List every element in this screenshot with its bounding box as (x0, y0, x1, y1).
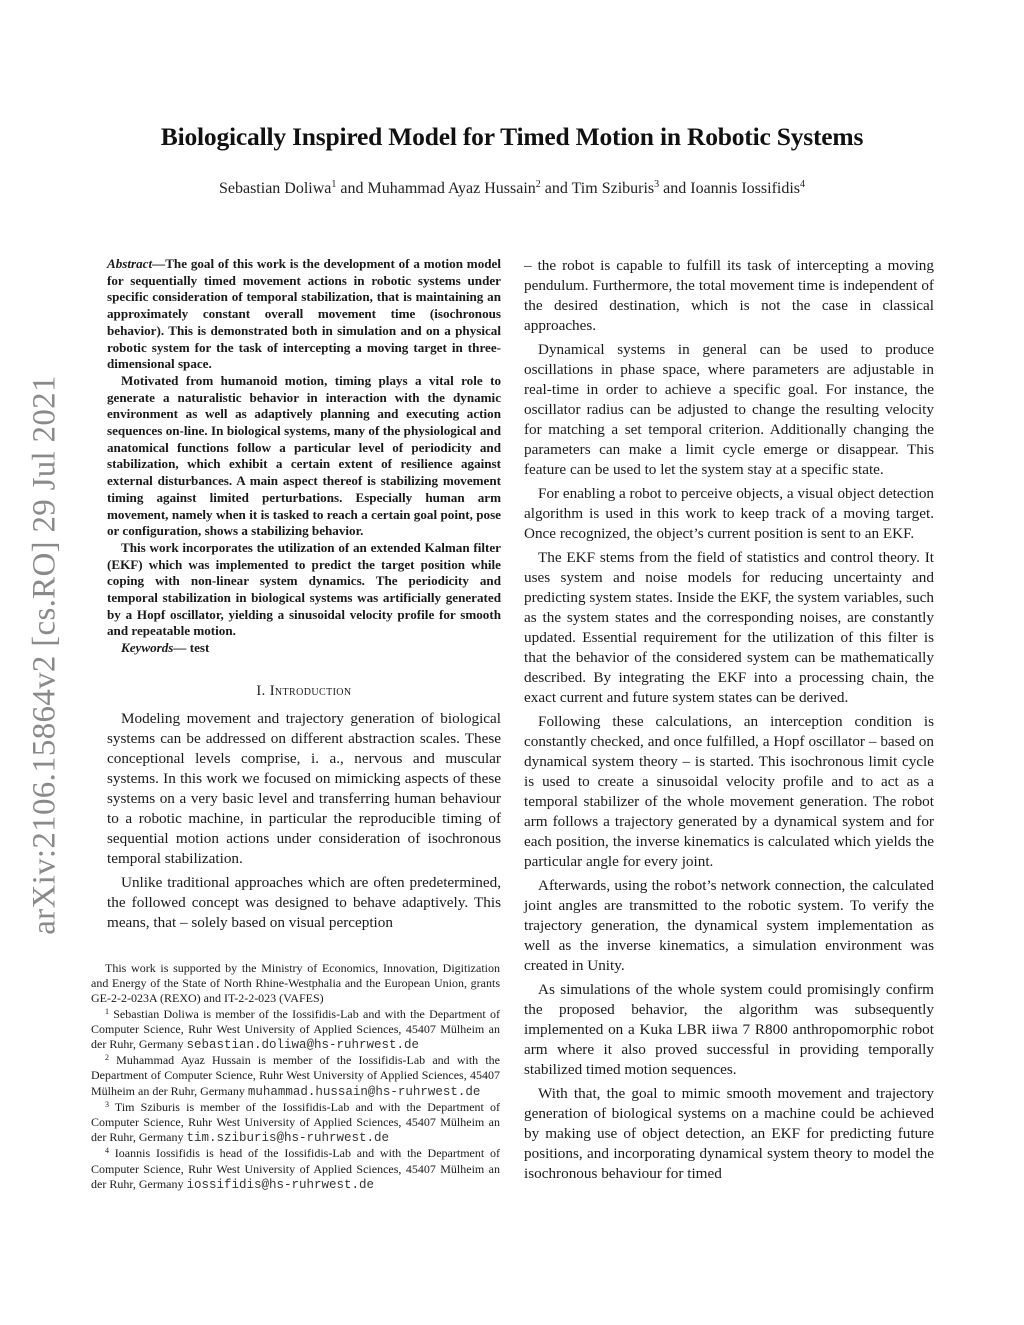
body-paragraph-continuation: – the robot is capable to fulfill its ta… (524, 256, 934, 336)
body-paragraph: For enabling a robot to perceive objects… (524, 484, 934, 544)
keywords-label: Keywords— (121, 640, 186, 655)
author-separator: and (659, 180, 690, 197)
abstract-label: Abstract— (107, 256, 165, 271)
email-link[interactable]: sebastian.doliwa@hs-ruhrwest.de (187, 1038, 420, 1052)
abstract-paragraph: This work incorporates the utilization o… (107, 540, 501, 640)
footnote: 3 Tim Sziburis is member of the Iossifid… (91, 1100, 500, 1147)
abstract-paragraph: Abstract—The goal of this work is the de… (107, 256, 501, 373)
introduction-body-left: Modeling movement and trajectory generat… (107, 709, 501, 933)
arxiv-identifier-stamp: arXiv:2106.15864v2 [cs.RO] 29 Jul 2021 (27, 375, 64, 935)
author-separator: and (541, 180, 572, 197)
abstract: Abstract—The goal of this work is the de… (107, 256, 501, 657)
section-heading-introduction: I. Introduction (107, 683, 501, 700)
funding-footnote: This work is supported by the Ministry o… (91, 961, 500, 1007)
right-column: – the robot is capable to fulfill its ta… (524, 256, 934, 1188)
email-link[interactable]: muhammad.hussain@hs-ruhrwest.de (248, 1085, 481, 1099)
body-paragraph: With that, the goal to mimic smooth move… (524, 1084, 934, 1184)
author-name: Sebastian Doliwa (219, 180, 331, 197)
keywords: Keywords— test (107, 640, 501, 657)
author-list: Sebastian Doliwa1 and Muhammad Ayaz Huss… (0, 180, 1024, 198)
abstract-text: The goal of this work is the development… (107, 256, 501, 371)
introduction-body-right: – the robot is capable to fulfill its ta… (524, 256, 934, 1184)
body-paragraph: The EKF stems from the field of statisti… (524, 548, 934, 708)
author-name: Ioannis Iossifidis (690, 180, 800, 197)
left-column: Abstract—The goal of this work is the de… (107, 256, 501, 937)
footnote: 2 Muhammad Ayaz Hussain is member of the… (91, 1053, 500, 1100)
keywords-text: test (186, 640, 209, 655)
footnote: 4 Ioannis Iossifidis is head of the Ioss… (91, 1146, 500, 1193)
section-title: Introduction (270, 683, 352, 699)
footnote: 1 Sebastian Doliwa is member of the Ioss… (91, 1007, 500, 1054)
email-link[interactable]: tim.sziburis@hs-ruhrwest.de (187, 1131, 390, 1145)
body-paragraph: Afterwards, using the robot’s network co… (524, 876, 934, 976)
author-affiliation-mark: 4 (800, 179, 805, 190)
email-link[interactable]: iossifidis@hs-ruhrwest.de (187, 1178, 375, 1192)
section-number: I. (256, 683, 269, 699)
footnotes: This work is supported by the Ministry o… (91, 961, 500, 1193)
author-name: Muhammad Ayaz Hussain (368, 180, 536, 197)
body-paragraph: Unlike traditional approaches which are … (107, 873, 501, 933)
author-name: Tim Sziburis (572, 180, 655, 197)
body-paragraph: Following these calculations, an interce… (524, 712, 934, 872)
body-paragraph: As simulations of the whole system could… (524, 980, 934, 1080)
body-paragraph: Dynamical systems in general can be used… (524, 340, 934, 480)
author-separator: and (336, 180, 367, 197)
body-paragraph: Modeling movement and trajectory generat… (107, 709, 501, 869)
paper-title: Biologically Inspired Model for Timed Mo… (0, 122, 1024, 152)
abstract-paragraph: Motivated from humanoid motion, timing p… (107, 373, 501, 540)
